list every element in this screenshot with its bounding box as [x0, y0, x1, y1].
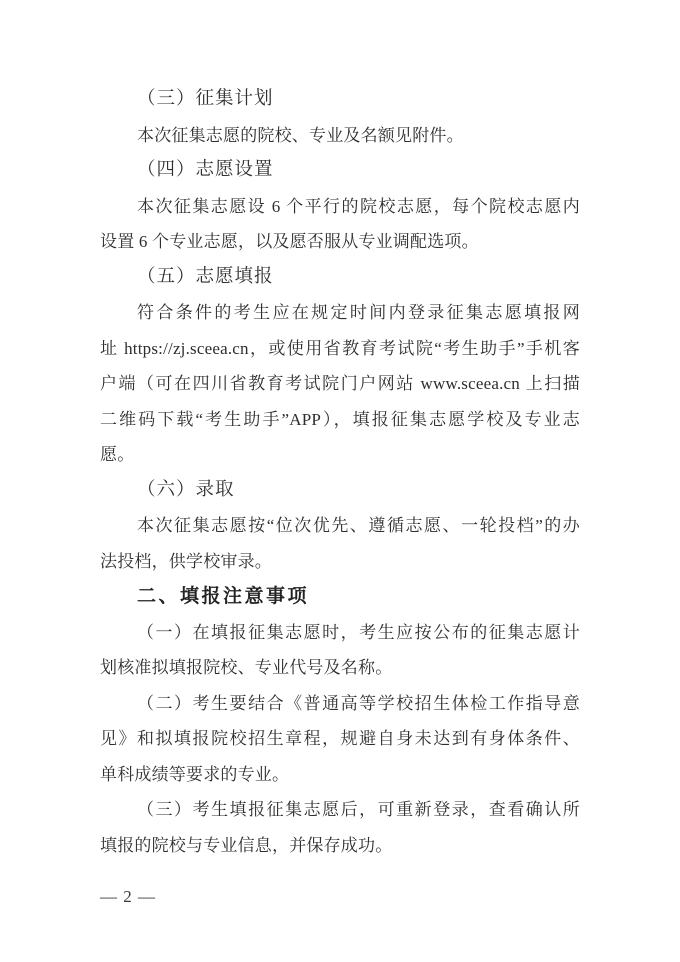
body-text-line: 本次征集志愿设 6 个平行的院校志愿，每个院校志愿内: [100, 189, 580, 225]
subsection-heading-line: （六）录取: [100, 473, 580, 509]
document-page: （三）征集计划本次征集志愿的院校、专业及名额见附件。（四）志愿设置本次征集志愿设…: [0, 0, 680, 962]
subsection-heading-line: （五）志愿填报: [100, 260, 580, 296]
body-text-line: （三）考生填报征集志愿后，可重新登录，查看确认所: [100, 792, 580, 828]
section-heading-line: 二、填报注意事项: [100, 579, 580, 615]
subsection-heading-line: （三）征集计划: [100, 82, 580, 118]
document-body: （三）征集计划本次征集志愿的院校、专业及名额见附件。（四）志愿设置本次征集志愿设…: [100, 82, 580, 863]
body-text-line: 址 https://zj.sceea.cn，或使用省教育考试院“考生助手”手机客: [100, 331, 580, 367]
subsection-heading-line: （四）志愿设置: [100, 153, 580, 189]
body-text-line: 本次征集志愿按“位次优先、遵循志愿、一轮投档”的办: [100, 508, 580, 544]
body-text-line: （一）在填报征集志愿时，考生应按公布的征集志愿计: [100, 615, 580, 651]
body-text-line: 见》和拟填报院校招生章程，规避自身未达到有身体条件、: [100, 721, 580, 757]
body-text-line: 划核准拟填报院校、专业代号及名称。: [100, 650, 580, 686]
body-text-line: 法投档，供学校审录。: [100, 544, 580, 580]
body-text-line: 户端（可在四川省教育考试院门户网站 www.sceea.cn 上扫描: [100, 366, 580, 402]
body-text-line: 填报的院校与专业信息，并保存成功。: [100, 828, 580, 864]
body-text-line: （二）考生要结合《普通高等学校招生体检工作指导意: [100, 686, 580, 722]
body-text-line: 愿。: [100, 437, 580, 473]
page-number: — 2 —: [100, 886, 156, 908]
body-text-line: 设置 6 个专业志愿，以及愿否服从专业调配选项。: [100, 224, 580, 260]
body-text-line: 二维码下载“考生助手”APP），填报征集志愿学校及专业志: [100, 402, 580, 438]
body-text-line: 单科成绩等要求的专业。: [100, 757, 580, 793]
body-text-line: 本次征集志愿的院校、专业及名额见附件。: [100, 118, 580, 154]
body-text-line: 符合条件的考生应在规定时间内登录征集志愿填报网: [100, 295, 580, 331]
